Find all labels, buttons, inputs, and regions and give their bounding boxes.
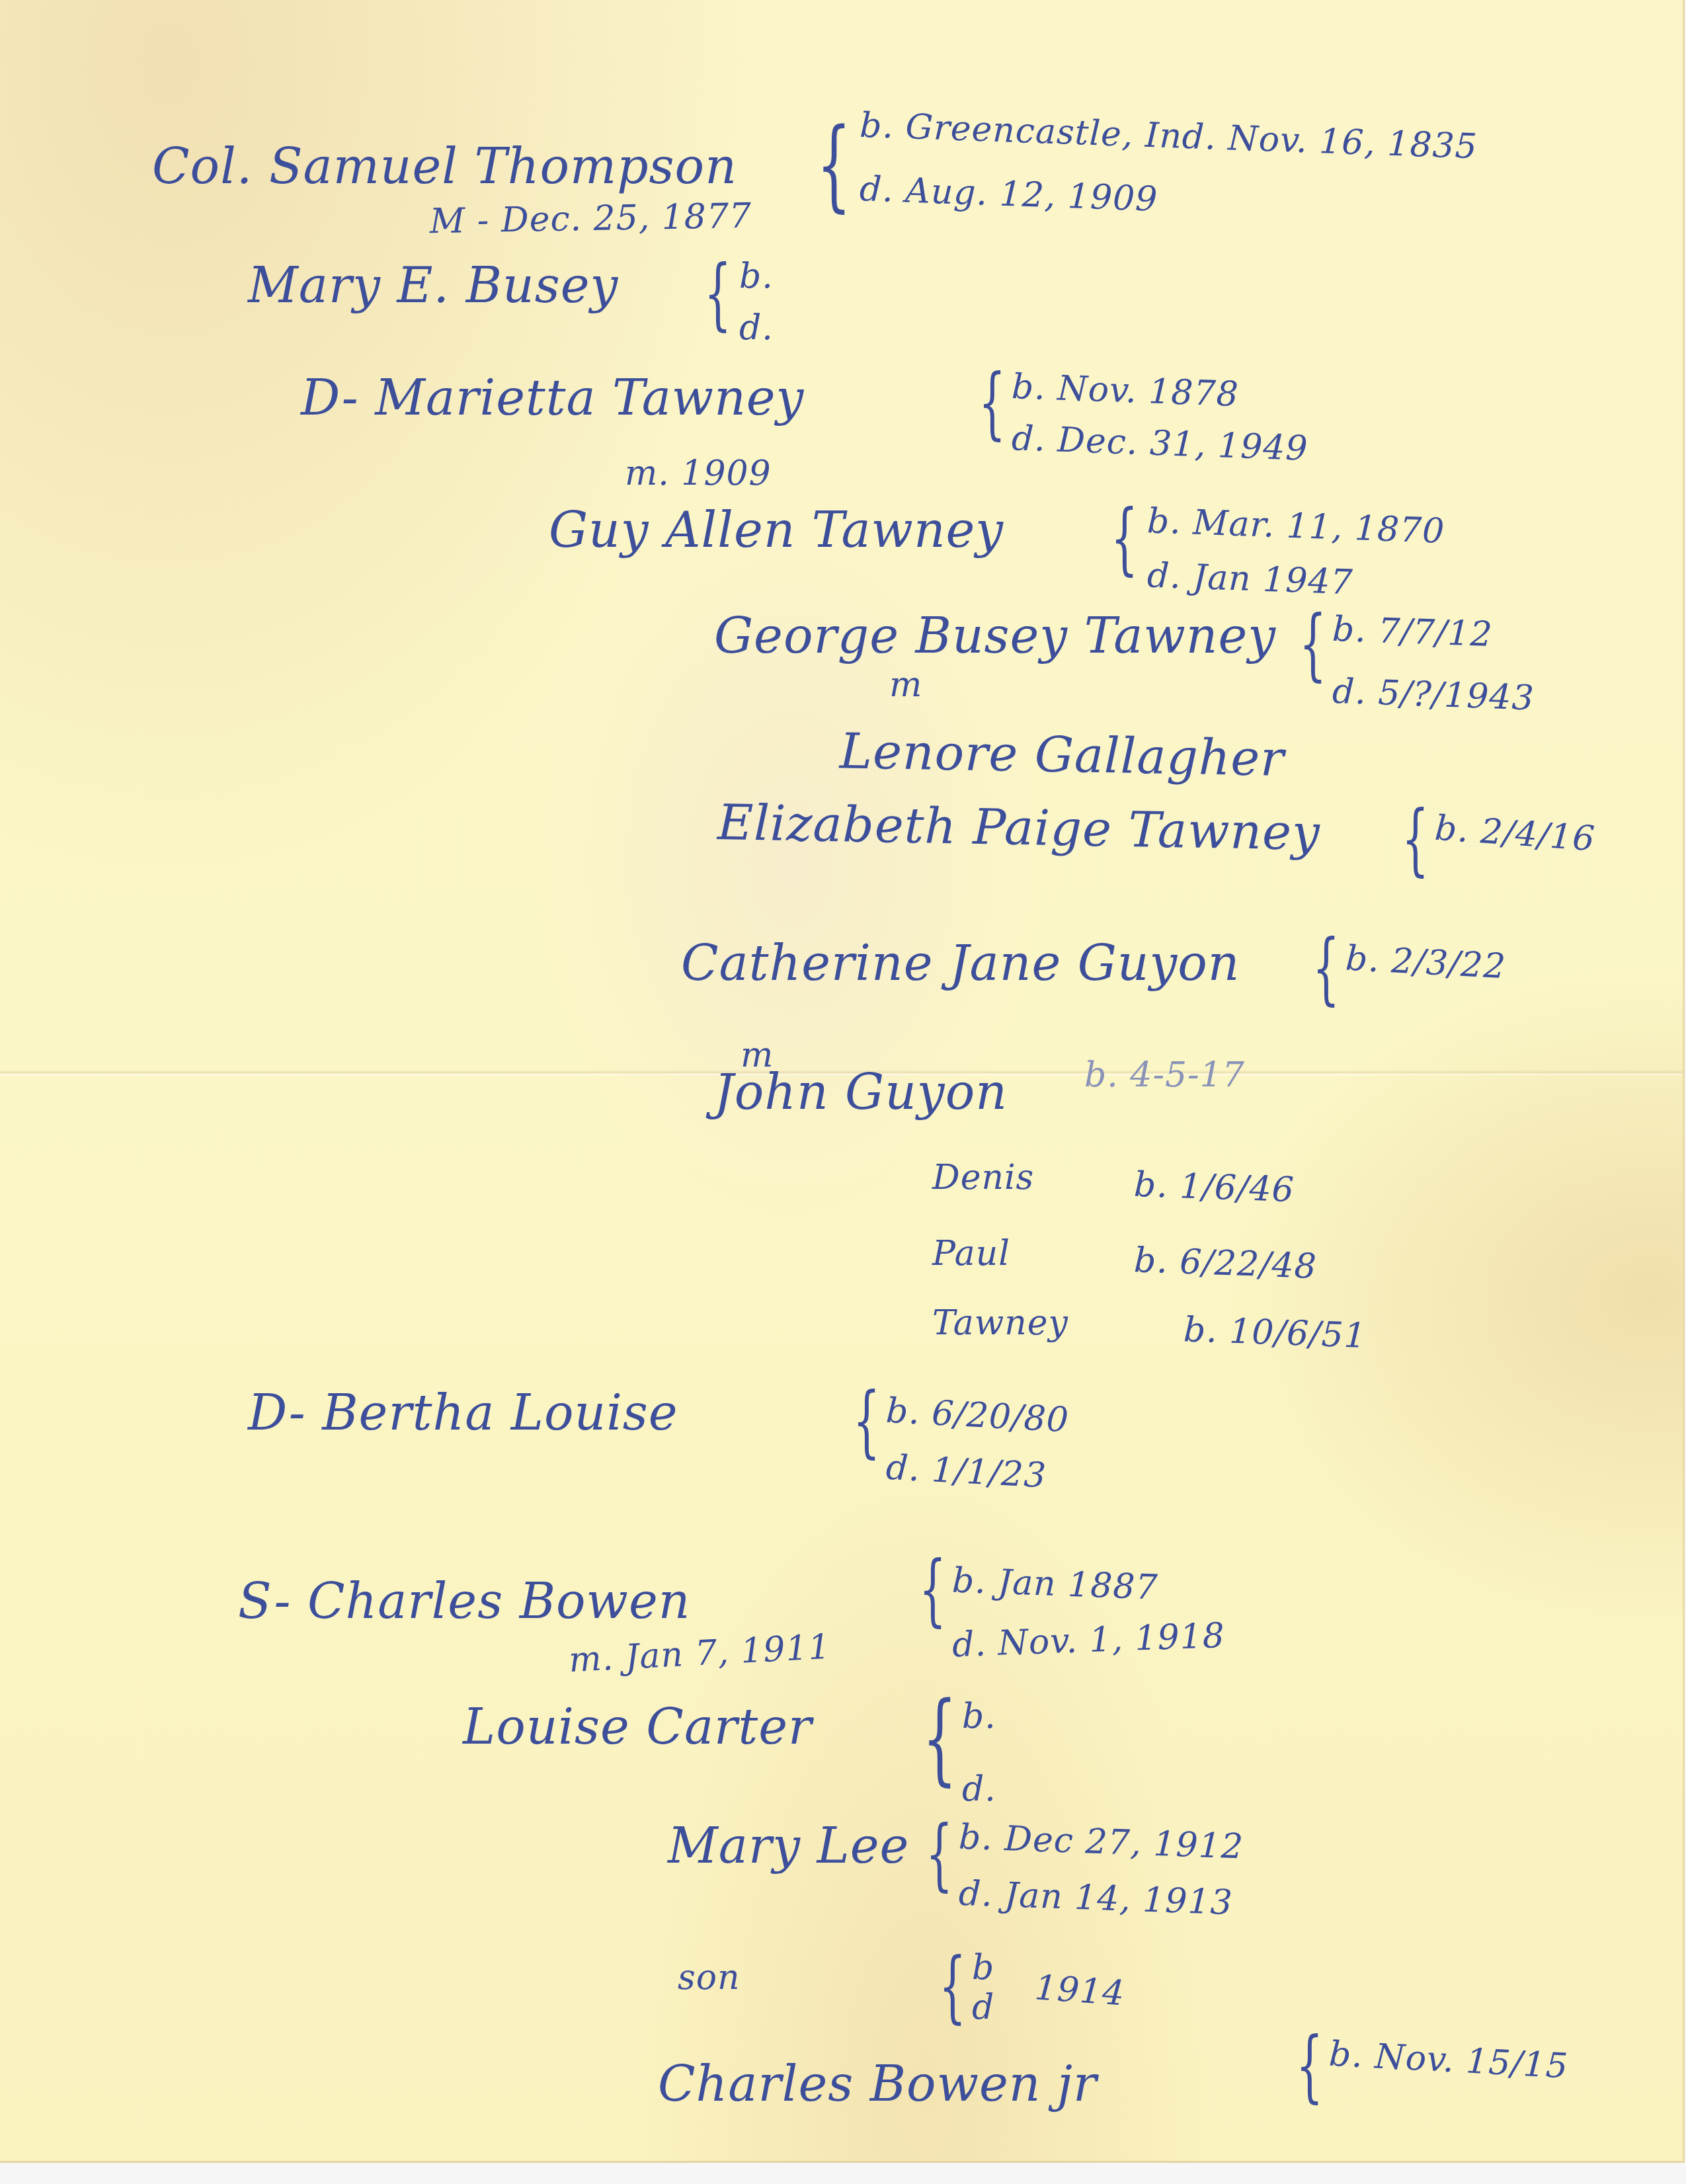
guy-born: b. Mar. 11, 1870	[1146, 504, 1445, 549]
george-born: b. 7/7/12	[1332, 612, 1493, 652]
charles-brace-icon: {	[919, 1551, 946, 1629]
mary-born: b.	[739, 259, 774, 294]
marietta-married: m. 1909	[625, 456, 772, 491]
bertha-name: D- Bertha Louise	[248, 1389, 678, 1437]
george-died: d. 5/?/1943	[1332, 674, 1535, 716]
marietta-name: D- Marietta Tawney	[301, 374, 804, 423]
child-name-tawney: Tawney	[932, 1306, 1068, 1340]
mary-died: d.	[739, 311, 774, 345]
charles-jr-born: b. Nov. 15/15	[1328, 2037, 1570, 2084]
mary-brace-icon: {	[704, 255, 731, 333]
child-born-paul: b. 6/22/48	[1133, 1243, 1317, 1284]
elizabeth-brace-icon: {	[1402, 800, 1429, 878]
charles-jr-name: Charles Bowen jr	[658, 2060, 1097, 2109]
louise-name: Louise Carter	[463, 1703, 812, 1752]
charles-jr-brace-icon: {	[1296, 2027, 1323, 2105]
charles-name: S- Charles Bowen	[238, 1577, 690, 1626]
mary-lee-name: Mary Lee	[668, 1822, 909, 1871]
son-name: son	[678, 1961, 740, 1995]
child-name-denis: Denis	[932, 1160, 1034, 1195]
catherine-name: Catherine Jane Guyon	[681, 939, 1240, 988]
marietta-born: b. Nov. 1878	[1011, 370, 1239, 412]
catherine-born: b. 2/3/22	[1345, 942, 1507, 985]
george-brace-icon: {	[1299, 605, 1326, 683]
mary-lee-brace-icon: {	[926, 1815, 953, 1893]
paper-sheet: Col. Samuel Thompson { b. Greencastle, I…	[0, 0, 1685, 2163]
bertha-born: b. 6/20/80	[885, 1394, 1070, 1437]
guy-name: Guy Allen Tawney	[549, 506, 1004, 555]
mary-lee-died: d. Jan 14, 1913	[958, 1877, 1233, 1920]
child-name-paul: Paul	[932, 1236, 1010, 1271]
charles-married: m. Jan 7, 1911	[568, 1630, 832, 1678]
son-born: b	[972, 1951, 994, 1985]
guy-brace-icon: {	[1111, 499, 1138, 577]
son-died: d	[972, 1990, 994, 2025]
bertha-brace-icon: {	[853, 1382, 880, 1460]
charles-born: b. Jan 1887	[951, 1564, 1158, 1605]
son-year: 1914	[1033, 1970, 1126, 2011]
george-married: m	[889, 668, 922, 702]
john-name: John Guyon	[714, 1068, 1008, 1117]
elizabeth-born: b. 2/4/16	[1433, 811, 1596, 857]
samuel-born: b. Greencastle, Ind. Nov. 16, 1835	[859, 108, 1478, 165]
child-born-tawney: b. 10/6/51	[1183, 1313, 1367, 1354]
mary-name: Mary E. Busey	[248, 261, 618, 310]
samuel-died: d. Aug. 12, 1909	[859, 172, 1158, 217]
bertha-died: d. 1/1/23	[885, 1451, 1047, 1494]
samuel-brace-icon: {	[817, 116, 851, 215]
louise-died: d.	[962, 1772, 996, 1806]
samuel-name: Col. Samuel Thompson	[152, 142, 737, 191]
louise-born: b.	[962, 1699, 996, 1734]
george-name: George Busey Tawney	[714, 612, 1276, 661]
guy-died: d. Jan 1947	[1146, 559, 1353, 600]
samuel-married: M - Dec. 25, 1877	[430, 199, 752, 239]
louise-brace-icon: {	[922, 1689, 957, 1789]
marietta-died: d. Dec. 31, 1949	[1011, 421, 1308, 466]
mary-lee-born: b. Dec 27, 1912	[958, 1820, 1244, 1864]
lenore-name: Lenore Gallagher	[839, 727, 1285, 784]
john-born: b. 4-5-17	[1084, 1058, 1245, 1092]
catherine-brace-icon: {	[1312, 929, 1340, 1007]
child-born-denis: b. 1/6/46	[1133, 1168, 1295, 1207]
marietta-brace-icon: {	[979, 364, 1006, 442]
charles-died: d. Nov. 1, 1918	[951, 1619, 1225, 1662]
son-brace-icon: {	[939, 1947, 966, 2025]
elizabeth-name: Elizabeth Paige Tawney	[717, 798, 1320, 858]
